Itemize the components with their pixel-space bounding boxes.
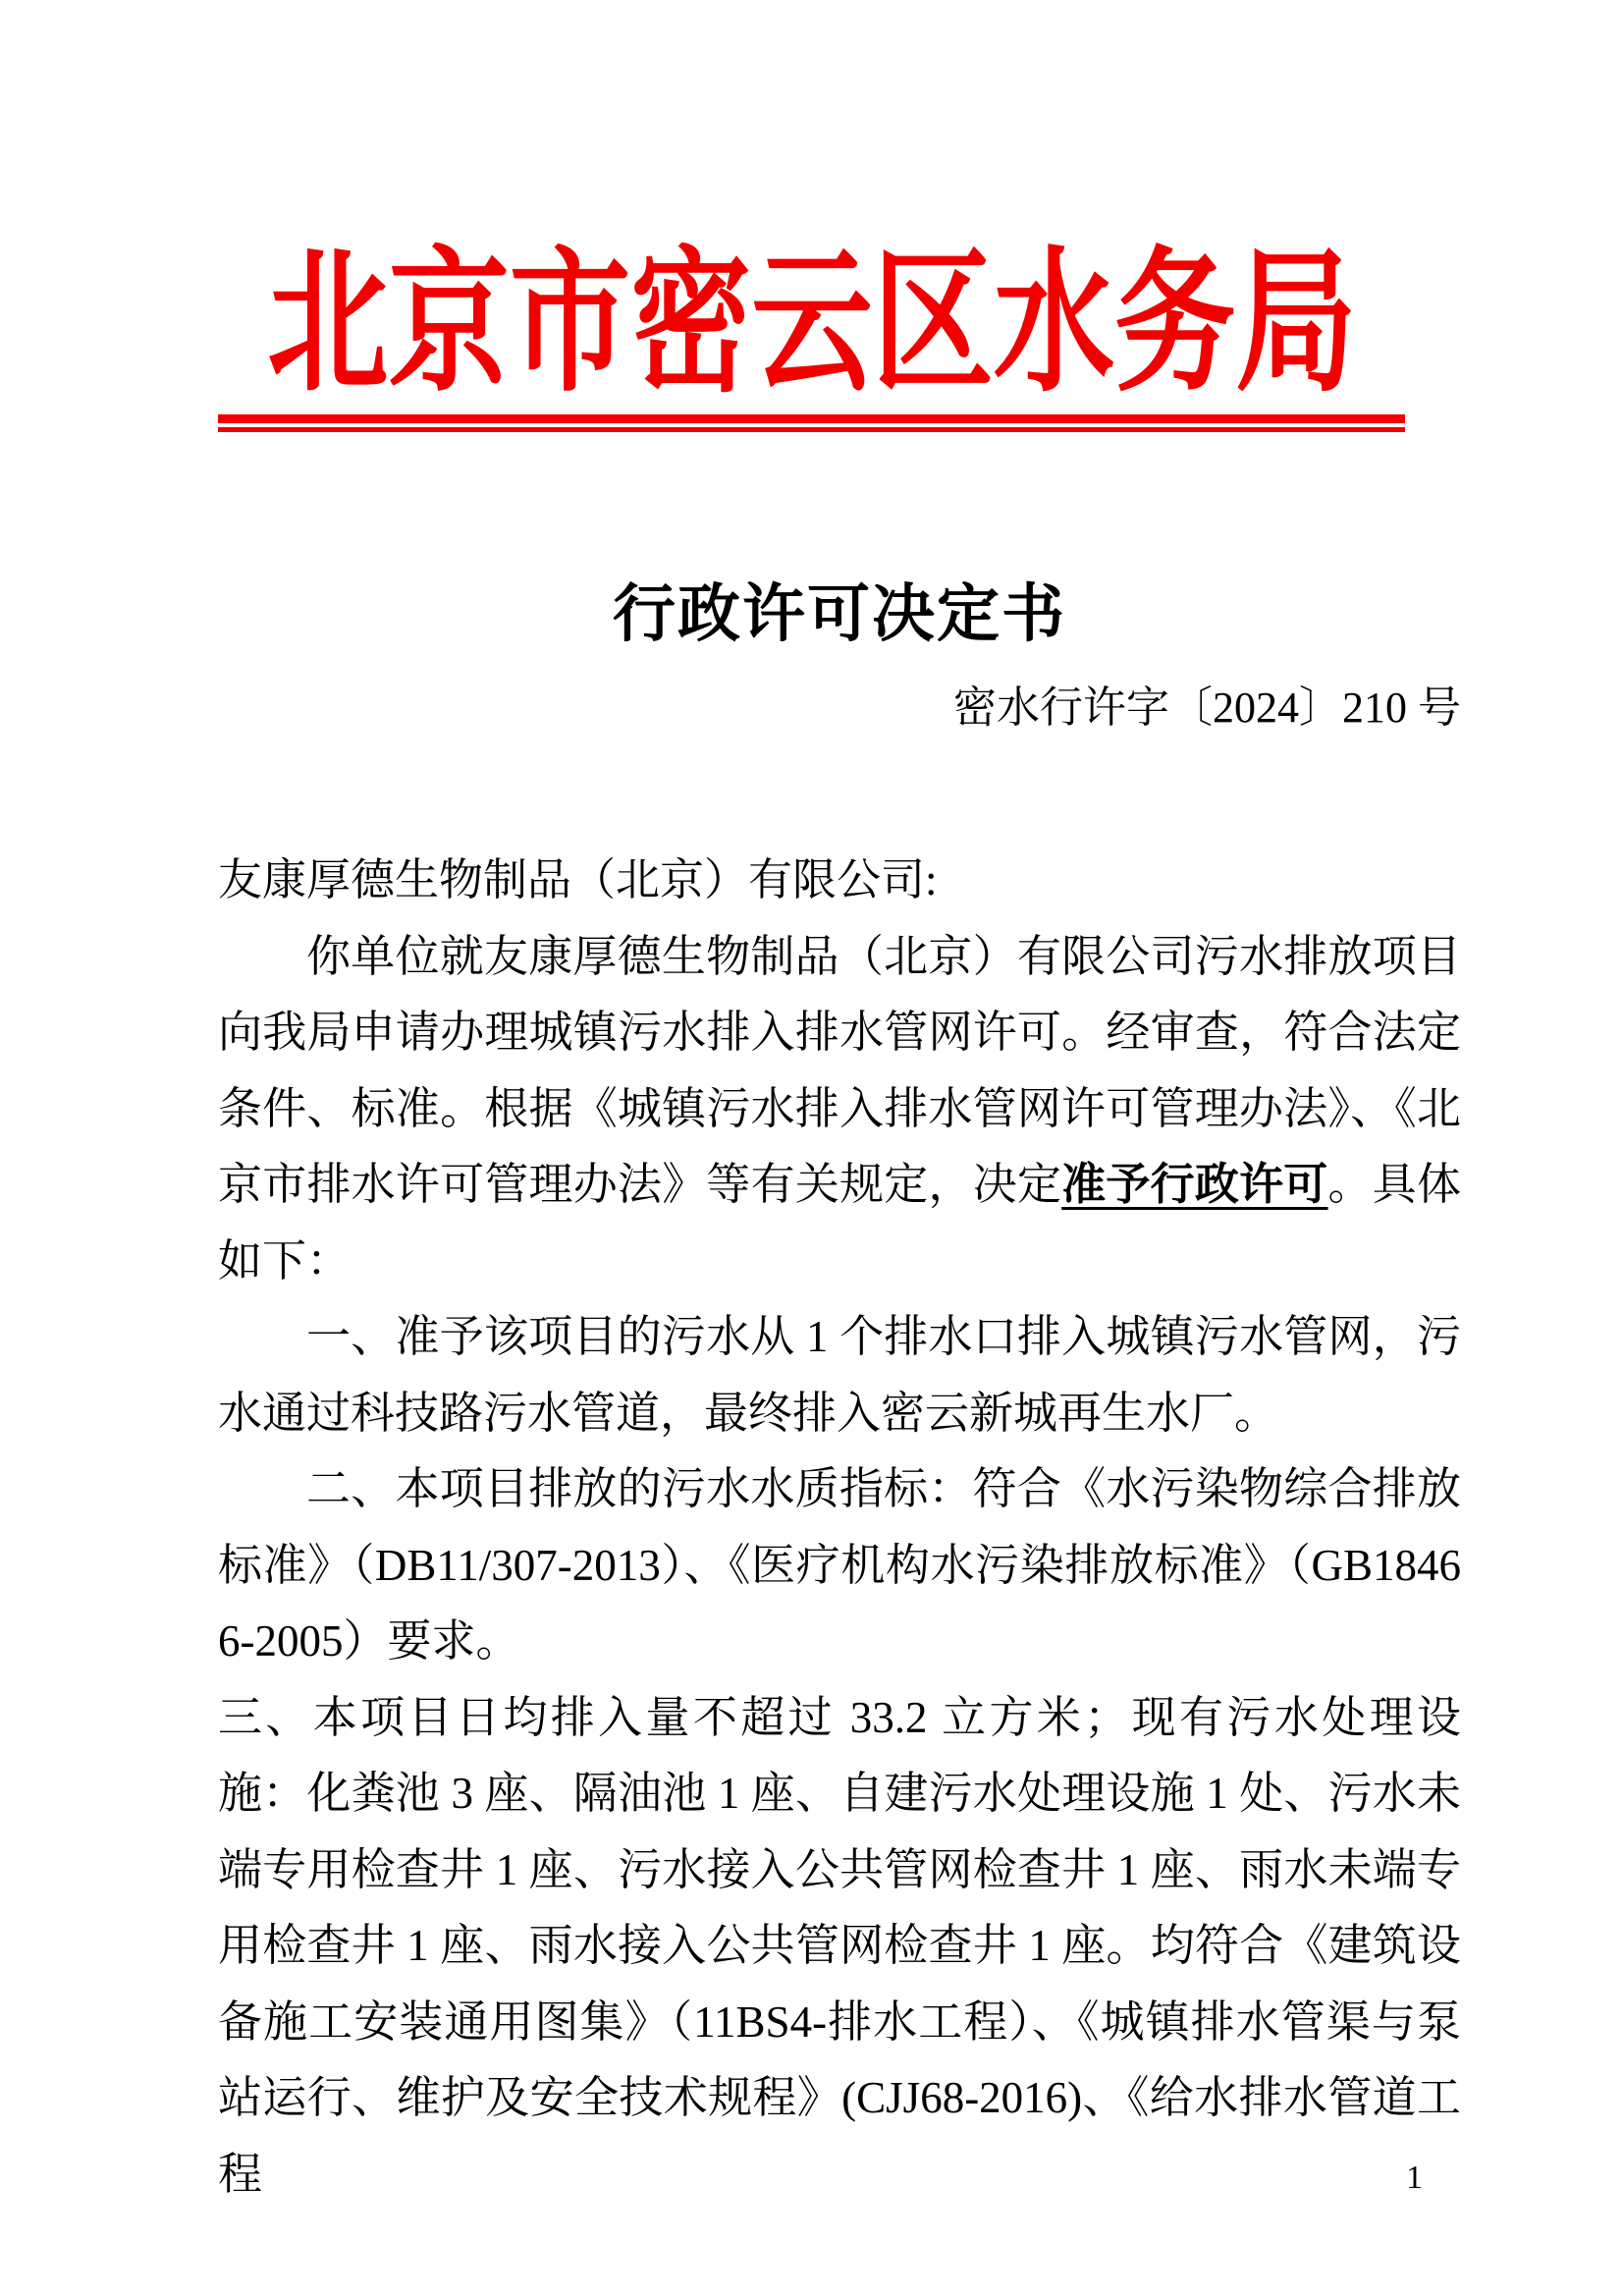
divider-thick-rule <box>218 414 1405 423</box>
salutation-line: 友康厚德生物制品（北京）有限公司: <box>218 843 1461 919</box>
letterhead-divider <box>218 414 1405 432</box>
paragraph-item-2: 二、本项目排放的污水水质指标：符合《水污染物综合排放标准》（DB11/307-2… <box>218 1451 1461 1680</box>
page-number: 1 <box>1406 2157 1423 2200</box>
document-content: 行政许可决定书 密水行许字〔2024〕210 号 友康厚德生物制品（北京）有限公… <box>0 575 1623 2213</box>
paragraph-intro: 你单位就友康厚德生物制品（北京）有限公司污水排放项目向我局申请办理城镇污水排入排… <box>218 919 1461 1300</box>
approval-decision-emphasis: 准予行政许可 <box>1061 1160 1327 1209</box>
paragraph-item-1: 一、准予该项目的污水从 1 个排水口排入城镇污水管网，污水通过科技路污水管道，最… <box>218 1299 1461 1451</box>
letterhead: 北京市密云区水务局 <box>0 0 1623 432</box>
body-text: 友康厚德生物制品（北京）有限公司: 你单位就友康厚德生物制品（北京）有限公司污水… <box>218 843 1461 2213</box>
letterhead-org-name: 北京市密云区水务局 <box>267 247 1356 403</box>
document-title: 行政许可决定书 <box>218 575 1461 654</box>
divider-thin-rule <box>218 427 1405 432</box>
document-number: 密水行许字〔2024〕210 号 <box>218 682 1461 735</box>
document-page: 北京市密云区水务局 行政许可决定书 密水行许字〔2024〕210 号 友康厚德生… <box>0 0 1623 2296</box>
paragraph-item-3: 三、本项目日均排入量不超过 33.2 立方米；现有污水处理设施：化粪池 3 座、… <box>218 1680 1461 2214</box>
